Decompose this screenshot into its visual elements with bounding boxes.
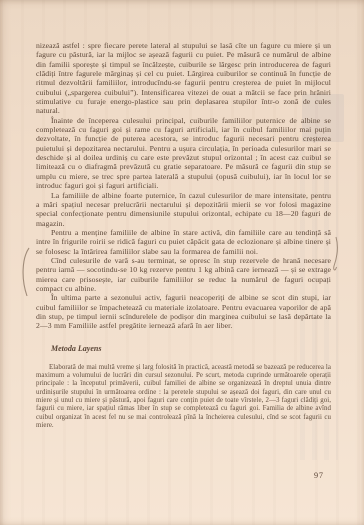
page-number: 97: [314, 471, 324, 480]
paragraph: În ultima parte a sezonului activ, fagur…: [36, 293, 331, 330]
paragraph-continuation: nizează astfel : spre fiecare perete lat…: [36, 41, 331, 116]
pen-bracket-mark-icon: [19, 246, 31, 298]
book-page: nizează astfel : spre fiecare perete lat…: [0, 0, 364, 525]
fine-print-paragraph: Elaborată de mai multă vreme și larg fol…: [36, 364, 331, 431]
paragraph: Cînd culesurile de vară s-au terminat, s…: [36, 256, 331, 293]
section-heading: Metoda Layens: [51, 344, 331, 353]
paragraph: Înainte de începerea culesului principal…: [36, 116, 331, 191]
paragraph: Pentru a menține familiile de albine în …: [36, 228, 331, 256]
text-column: nizează astfel : spre fiecare perete lat…: [36, 41, 331, 430]
pen-check-mark-icon: [330, 236, 342, 276]
paragraph: La familiile de albine foarte puternice,…: [36, 191, 331, 228]
